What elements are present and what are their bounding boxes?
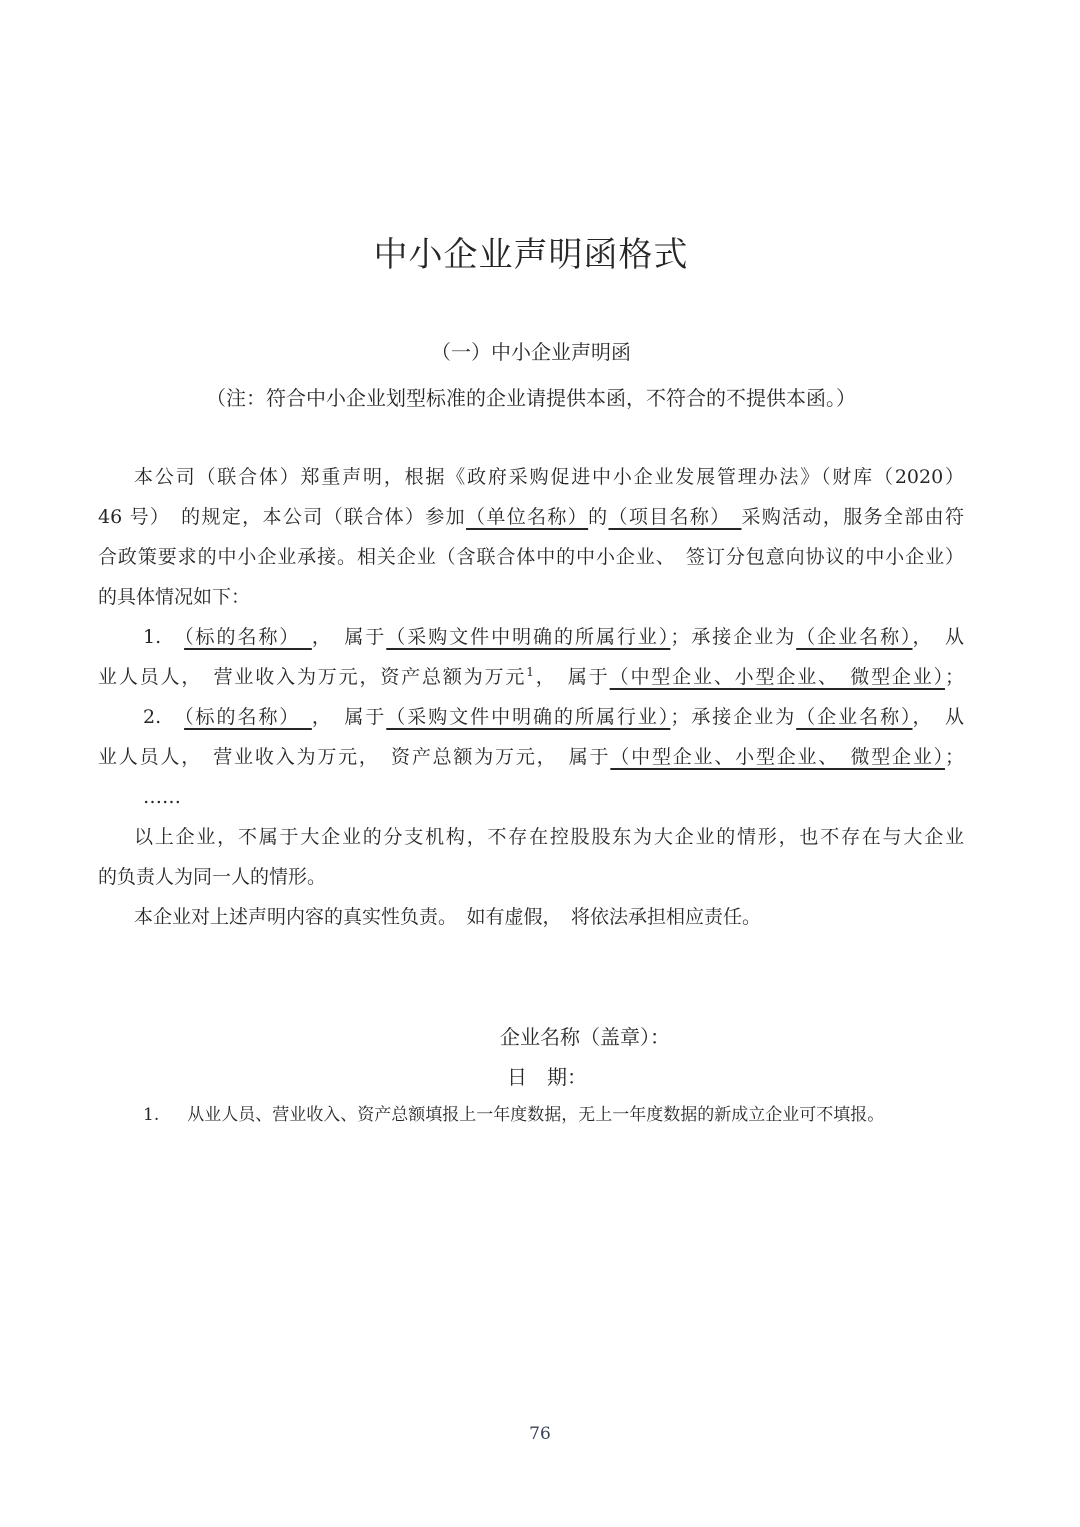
item-text: ；: [945, 746, 964, 768]
item-text: ；: [945, 666, 964, 688]
blank-enterprise-type: （中型企业、小型企业、 微型企业）: [610, 746, 945, 768]
footnote-number: 1.: [143, 1105, 159, 1125]
paragraph-line-1: 本公司（联合体）郑重声明，根据《政府采购促进中小企业发展管理办法》（财库（202…: [98, 457, 964, 497]
blank-subject-name: （标的名称）: [184, 706, 312, 728]
paragraph-text: 本公司（联合体）郑重声明，根据《政府采购促进中小企业发展管理办法》（财库（202…: [134, 466, 964, 488]
item-2-line-1: 2. （标的名称） ， 属于（采购文件中明确的所属行业）；承接企业为（企业名称）…: [98, 697, 964, 737]
declaration-body: 本公司（联合体）郑重声明，根据《政府采购促进中小企业发展管理办法》（财库（202…: [98, 457, 964, 937]
page-number: 76: [0, 1424, 1080, 1444]
paragraph-text: 的: [588, 506, 608, 528]
blank-company-name: （企业名称）: [796, 706, 912, 728]
item-text: 业人员人， 营业收入为万元， 资产总额为万元， 属于: [98, 746, 610, 768]
item-number: 1.: [143, 626, 184, 648]
paragraph-text: 本企业对上述声明内容的真实性负责。 如有虚假， 将依法承担相应责任。: [134, 906, 761, 928]
paragraph-line-11: 的负责人为同一人的情形。: [98, 857, 964, 897]
item-text: ， 从: [913, 706, 964, 728]
paragraph-text: 合政策要求的中小企业承接。相关企业（含联合体中的中小企业、 签订分包意向协议的中…: [98, 546, 964, 568]
paragraph-line-12: 本企业对上述声明内容的真实性负责。 如有虚假， 将依法承担相应责任。: [98, 897, 964, 937]
item-text: 业人员人， 营业收入为万元，资产总额为万元: [98, 666, 526, 688]
document-content: 中小企业声明函格式 （一）中小企业声明函 （注：符合中小企业划型标准的企业请提供…: [0, 0, 1080, 1130]
item-text: ， 属于: [534, 666, 610, 688]
paragraph-text: 的具体情况如下：: [98, 586, 250, 608]
item-number: 2.: [143, 706, 184, 728]
blank-industry: （采购文件中明确的所属行业）: [386, 626, 670, 648]
page-title: 中小企业声明函格式: [98, 0, 964, 277]
item-text: ， 属于: [312, 706, 386, 728]
document-page: 中小企业声明函格式 （一）中小企业声明函 （注：符合中小企业划型标准的企业请提供…: [0, 0, 1080, 1527]
paragraph-text: 46 号） 的规定，本公司（联合体）参加: [98, 506, 466, 528]
blank-subject-name: （标的名称）: [184, 626, 312, 648]
company-seal-label: 企业名称（盖章）：: [98, 1017, 964, 1057]
item-1-line-2: 业人员人， 营业收入为万元，资产总额为万元1， 属于（中型企业、小型企业、 微型…: [98, 657, 964, 697]
blank-unit-name: （单位名称）: [466, 506, 588, 528]
footnote-reference: 1: [526, 665, 534, 679]
item-text: ， 属于: [312, 626, 386, 648]
item-text: ；承接企业为: [670, 626, 796, 648]
ellipsis-line: ……: [98, 777, 964, 817]
item-2-line-2: 业人员人， 营业收入为万元， 资产总额为万元， 属于（中型企业、小型企业、 微型…: [98, 737, 964, 777]
paragraph-text: 以上企业，不属于大企业的分支机构，不存在控股股东为大企业的情形，也不存在与大企业: [134, 826, 964, 848]
section-heading: （一）中小企业声明函: [98, 337, 964, 367]
blank-enterprise-type: （中型企业、小型企业、 微型企业）: [610, 666, 945, 688]
item-1-line-1: 1. （标的名称） ， 属于（采购文件中明确的所属行业）；承接企业为（企业名称）…: [98, 617, 964, 657]
paragraph-line-4: 的具体情况如下：: [98, 577, 964, 617]
blank-industry: （采购文件中明确的所属行业）: [386, 706, 670, 728]
ellipsis-text: ……: [143, 786, 181, 808]
blank-project-name: （项目名称）: [609, 506, 742, 528]
footnote-text: 从业人员、营业收入、资产总额填报上一年度数据，无上一年度数据的新成立企业可不填报…: [187, 1105, 884, 1125]
date-label: 日 期：: [98, 1057, 964, 1097]
item-text: ；承接企业为: [670, 706, 796, 728]
paragraph-line-2: 46 号） 的规定，本公司（联合体）参加（单位名称）的（项目名称） 采购活动，服…: [98, 497, 964, 537]
item-text: ， 从: [913, 626, 964, 648]
note-line: （注：符合中小企业划型标准的企业请提供本函，不符合的不提供本函。）: [98, 383, 964, 413]
footnote: 1.从业人员、营业收入、资产总额填报上一年度数据，无上一年度数据的新成立企业可不…: [98, 1100, 964, 1130]
paragraph-text: 的负责人为同一人的情形。: [98, 866, 326, 888]
paragraph-text: 采购活动，服务全部由符: [741, 506, 964, 528]
blank-company-name: （企业名称）: [796, 626, 912, 648]
paragraph-line-10: 以上企业，不属于大企业的分支机构，不存在控股股东为大企业的情形，也不存在与大企业: [98, 817, 964, 857]
paragraph-line-3: 合政策要求的中小企业承接。相关企业（含联合体中的中小企业、 签订分包意向协议的中…: [98, 537, 964, 577]
